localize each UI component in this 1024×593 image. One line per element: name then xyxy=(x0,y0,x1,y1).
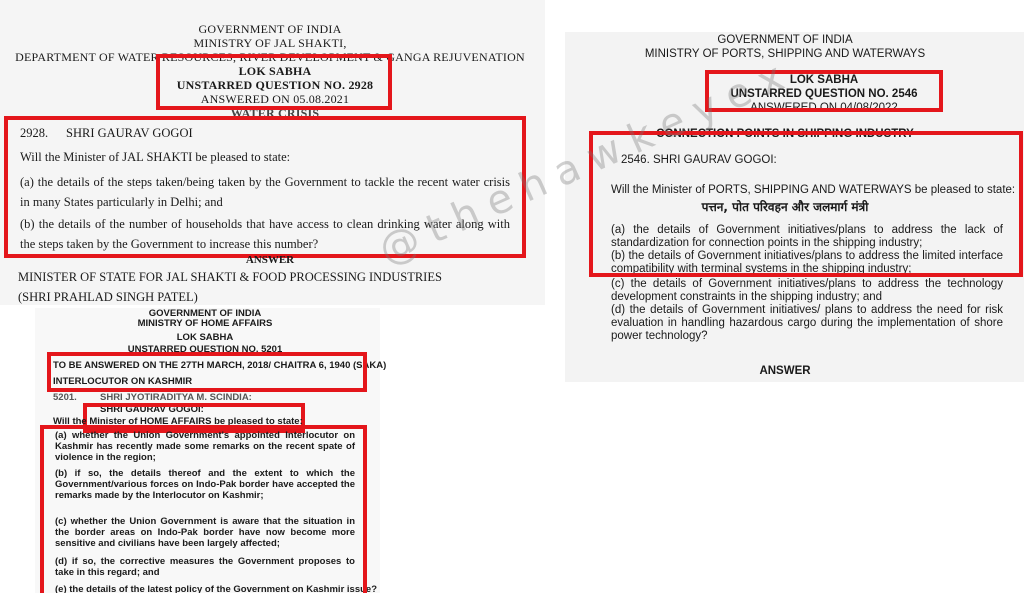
question-number-label: 5201. xyxy=(53,392,77,403)
header-line: MINISTRY OF JAL SHAKTI, xyxy=(0,36,540,51)
minister-title: MINISTER OF STATE FOR JAL SHAKTI & FOOD … xyxy=(18,270,442,285)
member-name: SHRI JYOTIRADITYA M. SCINDIA: xyxy=(100,392,252,403)
minister-name: (SHRI PRAHLAD SINGH PATEL) xyxy=(18,290,198,305)
header-line: GOVERNMENT OF INDIA xyxy=(565,34,1005,46)
document-jal-shakti: GOVERNMENT OF INDIA MINISTRY OF JAL SHAK… xyxy=(0,0,545,305)
answer-label: ANSWER xyxy=(565,365,1005,377)
answer-label: ANSWER xyxy=(0,254,540,266)
document-home-affairs: GOVERNMENT OF INDIA MINISTRY OF HOME AFF… xyxy=(35,308,380,593)
header-line: GOVERNMENT OF INDIA xyxy=(0,22,540,37)
house-name: LOK SABHA xyxy=(35,332,375,343)
header-line: MINISTRY OF HOME AFFAIRS xyxy=(35,318,375,329)
highlight-box-question-no xyxy=(156,54,392,110)
highlight-box-question xyxy=(40,425,367,593)
question-part-c: (c) the details of Government initiative… xyxy=(611,278,1003,304)
highlight-box-date-subject xyxy=(47,352,367,392)
question-part-d: (d) the details of Government initiative… xyxy=(611,304,1003,343)
